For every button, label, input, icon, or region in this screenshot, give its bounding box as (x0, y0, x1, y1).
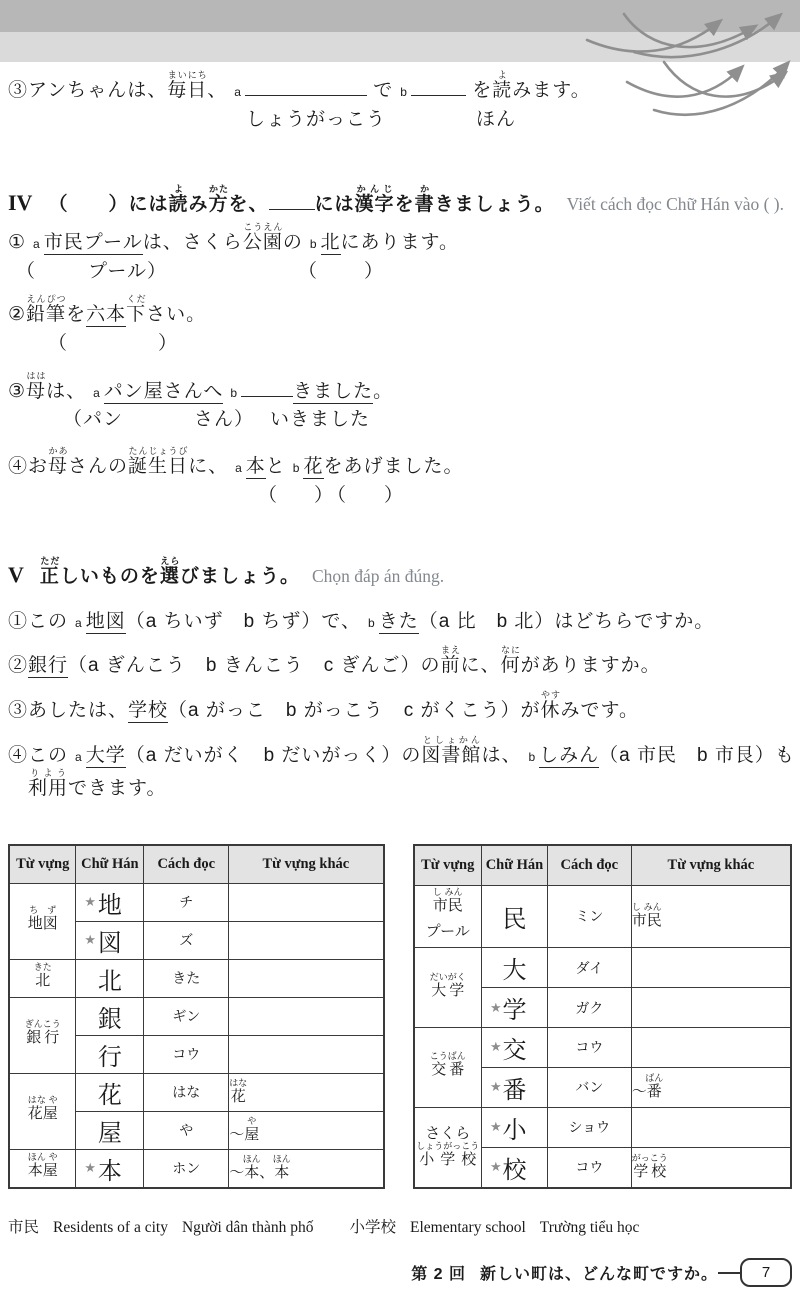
text-segment: に、 (188, 456, 228, 477)
kanji-glyph: 銀 (98, 1006, 122, 1033)
vocab-tables: Từ vựngChữ HánCách đọcTừ vựng khác地図ち ず★… (8, 844, 792, 1189)
text-segment: にあります。 (341, 232, 459, 253)
kanji-glyph: 北 (98, 968, 122, 995)
kanji-glyph: 屋 (98, 1120, 122, 1147)
table-header-row: Từ vựngChữ HánCách đọcTừ vựng khác (414, 845, 792, 885)
star-icon: ★ (490, 1079, 502, 1095)
kanji-cell: ★校 (481, 1147, 547, 1188)
reading-cell: ギン (144, 997, 229, 1035)
star-icon: ★ (84, 932, 96, 948)
ruby-text: 公園こうえん (243, 232, 283, 253)
worksheet-content: ③アンちゃんは、毎日まいにち、a でb を読よみます。 しょうがっこうほん IV… (0, 62, 800, 802)
column-header: Chữ Hán (76, 845, 144, 884)
text-segment: を (466, 80, 492, 101)
column-header: Từ vựng (9, 845, 76, 884)
text-segment: さい。 (146, 304, 206, 325)
reading-cell: や (144, 1111, 229, 1149)
text-segment: で (367, 80, 393, 101)
column-header: Cách đọc (547, 845, 631, 885)
column-header: Từ vựng khác (229, 845, 384, 884)
text-segment: b (310, 237, 317, 251)
section-4-question-3: ③母ははは、aパン屋さんへbきました。 (8, 363, 792, 405)
text-segment: さん） (194, 404, 254, 431)
ruby-text: 花屋はな や (28, 1105, 58, 1122)
table-row: 銀行ぎんこう銀ギン (9, 997, 384, 1035)
table-header-row: Từ vựngChữ HánCách đọcTừ vựng khác (9, 845, 384, 884)
text-segment: ～ (229, 1126, 244, 1143)
text-segment: ～ (229, 1164, 244, 1181)
text-segment: ② (8, 655, 28, 676)
vocab-word-cell: 交番こうばん (414, 1028, 482, 1108)
kanji-cell: ★本 (76, 1149, 144, 1188)
ruby-text: 母はは (26, 381, 46, 402)
star-icon: ★ (490, 1159, 502, 1175)
text-segment: をあげました。 (324, 456, 464, 477)
ruby-text: 正ただ (40, 566, 60, 587)
ruby-text: 本ほん (274, 1164, 291, 1181)
kanji-glyph: 校 (502, 1157, 526, 1184)
section-4-question-1-parens: （プール）（） (8, 256, 792, 283)
other-vocab-cell (631, 1107, 791, 1147)
ruby-text: 休やす (541, 700, 561, 721)
text-segment: b (230, 386, 237, 400)
text-segment: できます。 (68, 778, 166, 799)
star-icon: ★ (490, 1119, 502, 1135)
text-segment: プール） (88, 256, 167, 283)
text-segment: b (400, 85, 407, 99)
text-segment: （a 市民 b 市艮）も (599, 745, 795, 766)
kanji-glyph: 図 (98, 930, 122, 957)
vocab-word-cell: 花屋はな や (9, 1073, 76, 1149)
text-segment: を (66, 304, 86, 325)
text-segment: を (395, 194, 415, 215)
text-segment: Residents of a city (53, 1219, 168, 1236)
ruby-text: 本ほん (244, 1164, 259, 1181)
text-segment: b (293, 461, 300, 475)
ruby-text: 花はな (229, 1088, 247, 1105)
ruby-text: 鉛筆えんぴつ (26, 304, 66, 325)
vocab-word-cell: 地図ち ず (9, 883, 76, 959)
text-segment: 市民 (8, 1219, 39, 1236)
reading-cell: ミン (547, 885, 631, 948)
section-4-question-3-parens: （パンさん）いきました (8, 404, 792, 431)
text-segment: 地図 (86, 611, 126, 634)
kanji-cell: ★図 (76, 921, 144, 959)
text-segment: みです。 (561, 700, 639, 721)
text-segment: 本 (246, 456, 266, 479)
text-segment: は、さくら (143, 232, 243, 253)
kanji-glyph: 学 (502, 997, 526, 1024)
ruby-text: 小学校しょうがっこう (416, 1151, 479, 1168)
kanji-cell: 銀 (76, 997, 144, 1035)
table-row: 北きた北きた (9, 959, 384, 997)
section-4-question-1: ①a市民プールは、さくら公園こうえんのb北にあります。 (8, 217, 792, 256)
page-header-banner (0, 0, 800, 62)
other-vocab-cell (229, 959, 384, 997)
text-segment: がありますか。 (521, 655, 661, 676)
lesson-number: 第 2 回 (411, 1261, 466, 1284)
other-vocab-cell (631, 1028, 791, 1068)
other-vocab-cell: 市民し みん (631, 885, 791, 948)
text-segment: しみん (539, 745, 599, 768)
column-header: Chữ Hán (481, 845, 547, 885)
star-icon: ★ (84, 1160, 96, 1176)
text-segment: 銀行 (28, 655, 68, 678)
text-segment: ） (384, 480, 404, 507)
kanji-glyph: 番 (502, 1077, 526, 1104)
ruby-text: 方かた (209, 194, 229, 215)
footer-vocabulary-note: 市民Residents of a cityNgười dân thành phố… (8, 1215, 800, 1237)
text-segment: 北 (321, 232, 341, 255)
section-5-question-4-line-1: ④このa大学（a だいがく b だいがっく）の図書館としょかんは、bしみん（a … (8, 730, 792, 769)
other-vocab-cell: ～屋や (229, 1111, 384, 1149)
answer-blank (411, 75, 466, 96)
other-vocab-cell (229, 921, 384, 959)
vocab-word-cell: 市民し みんプール (414, 885, 482, 948)
text-segment: しいものを (60, 566, 160, 587)
text-segment: の (283, 232, 303, 253)
text-segment: （a ぎんこう b きんこう c ぎんご）の (68, 655, 440, 676)
reading-cell: バン (547, 1067, 631, 1107)
ruby-text: 選えら (160, 566, 180, 587)
section-4-header: IV（ ）には読よみ方かたを、には漢字かんじを書かきましょう。Viết cách… (8, 175, 792, 218)
text-segment: 学校 (128, 700, 168, 723)
table-row: さくら小学校しょうがっこう★小ショウ (414, 1107, 792, 1147)
text-segment: （ (48, 328, 68, 355)
ruby-text: 読よ (492, 80, 512, 101)
text-segment: V (8, 562, 24, 587)
ruby-text: 番ばん (647, 1083, 664, 1100)
other-vocab-cell (229, 1035, 384, 1073)
answer-blank (269, 189, 315, 210)
ruby-text: 下くだ (126, 304, 146, 325)
ruby-text: 大学だいがく (430, 982, 466, 999)
kanji-cell: 花 (76, 1073, 144, 1111)
text-segment: ③ (8, 381, 26, 402)
text-segment: （a 比 b 北）はどちらですか。 (419, 611, 715, 632)
text-segment: Người dân thành phố (182, 1219, 314, 1236)
section-4-question-2-parens: （） (8, 328, 792, 355)
other-vocab-cell (229, 883, 384, 921)
text-segment: 小学校 (350, 1219, 397, 1236)
kanji-cell: ★番 (481, 1067, 547, 1107)
column-header: Cách đọc (144, 845, 229, 884)
text-segment: 市民プール (44, 232, 143, 255)
text-segment: ③あしたは、 (8, 700, 128, 721)
star-icon: ★ (84, 894, 96, 910)
kanji-glyph: 民 (502, 906, 526, 933)
text-segment: （a だいがく b だいがっく）の (126, 745, 422, 766)
other-vocab-cell (229, 997, 384, 1035)
kanji-cell: ★小 (481, 1107, 547, 1147)
text-segment: a (75, 616, 82, 630)
text-segment: （a ちいず b ちず）で、 (126, 611, 361, 632)
kanji-glyph: 交 (502, 1037, 526, 1064)
text-segment: （ (258, 480, 278, 507)
kanji-cell: 行 (76, 1035, 144, 1073)
text-segment: Elementary school (410, 1219, 526, 1236)
reading-cell: コウ (547, 1028, 631, 1068)
text-segment: （ (16, 256, 36, 283)
ruby-text: 前まえ (441, 655, 461, 676)
kanji-cell: 屋 (76, 1111, 144, 1149)
text-segment: 、 (259, 1164, 274, 1181)
kanji-cell: ★学 (481, 988, 547, 1028)
ruby-text: 本屋ほん や (28, 1162, 58, 1179)
text-segment: a (33, 237, 40, 251)
reading-cell: コウ (547, 1147, 631, 1188)
text-segment: ① (8, 232, 26, 253)
text-segment: Trường tiểu học (540, 1219, 640, 1236)
text-segment: しょうがっこう (246, 104, 386, 131)
reading-cell: はな (144, 1073, 229, 1111)
text-segment: ） (158, 328, 178, 355)
reading-cell: ズ (144, 921, 229, 959)
section-5-question-3: ③あしたは、学校（a がっこ b がっこう c がくこう）が休やすみです。 (8, 685, 792, 724)
reading-cell: ガク (547, 988, 631, 1028)
text-segment: ④お (8, 456, 48, 477)
kanji-glyph: 本 (98, 1158, 122, 1185)
star-icon: ★ (490, 1000, 502, 1016)
kanji-cell: 大 (481, 948, 547, 988)
vocab-table-left: Từ vựngChữ HánCách đọcTừ vựng khác地図ち ず★… (8, 844, 385, 1189)
text-segment: 、 (207, 80, 227, 101)
ruby-text: 読よ (168, 194, 188, 215)
kanji-cell: 北 (76, 959, 144, 997)
ruby-text: 市民し みん (632, 912, 662, 929)
text-segment: ③アンちゃんは、 (8, 80, 167, 101)
star-icon: ★ (490, 1039, 502, 1055)
text-segment: きました (293, 381, 373, 404)
ruby-text: 母かあ (48, 456, 68, 477)
table-row: 市民し みんプール民ミン市民し みん (414, 885, 792, 948)
text-segment: b (368, 616, 375, 630)
footer-connector-line (718, 1272, 740, 1274)
ruby-text: 何なに (501, 655, 521, 676)
ruby-text: 毎日まいにち (167, 80, 207, 101)
text-segment: ） (364, 256, 384, 283)
vocab-word-cell: 銀行ぎんこう (9, 997, 76, 1073)
vocab-word-cell: 大学だいがく (414, 948, 482, 1028)
text-segment: パン屋さんへ (104, 381, 224, 404)
column-header: Từ vựng (414, 845, 482, 885)
ruby-text: 書か (415, 194, 435, 215)
ruby-text: 銀行ぎんこう (25, 1029, 61, 1046)
text-segment: ほん (476, 104, 516, 131)
section-4-question-2: ②鉛筆えんぴつを六本下ください。 (8, 289, 792, 328)
ruby-text: 交番こうばん (430, 1061, 466, 1078)
reading-cell: ホン (144, 1149, 229, 1188)
text-segment: 花 (303, 456, 323, 479)
reading-cell: ダイ (547, 948, 631, 988)
text-segment: に、 (461, 655, 501, 676)
ruby-text: 市民し みん (433, 897, 463, 914)
other-vocab-cell: ～番ばん (631, 1067, 791, 1107)
text-segment: （パン (63, 404, 123, 431)
table-row: 花屋はな や花はな花はな (9, 1073, 384, 1111)
text-segment: さくら (425, 1125, 470, 1142)
text-segment: プール (426, 923, 470, 940)
text-segment: さんの (68, 456, 128, 477)
ruby-text: 北きた (34, 972, 52, 989)
column-header: Từ vựng khác (631, 845, 791, 885)
text-segment: きましょう。 (435, 194, 555, 215)
text-segment: には (315, 194, 355, 215)
reading-cell: ショウ (547, 1107, 631, 1147)
ruby-text: 図書館としょかん (421, 745, 481, 766)
kanji-glyph: 花 (98, 1082, 122, 1109)
section-5-question-4-line-2: 利用りようできます。 (8, 768, 792, 802)
text-segment: びましょう。 (180, 566, 300, 587)
kanji-glyph: 行 (98, 1044, 122, 1071)
text-segment: a (235, 461, 242, 475)
page-footer: 第 2 回 新しい町は、どんな町ですか。 7 (411, 1258, 792, 1287)
table-row: 地図ち ず★地チ (9, 883, 384, 921)
table-row: 交番こうばん★交コウ (414, 1028, 792, 1068)
reading-cell: きた (144, 959, 229, 997)
section-5-header: V正ただしいものを選えらびましょう。Chọn đáp án đúng. (8, 547, 792, 590)
kanji-glyph: 大 (502, 957, 526, 984)
answer-blank (245, 75, 367, 96)
text-segment: b (528, 750, 535, 764)
kanji-glyph: 地 (98, 892, 122, 919)
text-segment: a (234, 85, 241, 99)
section-4-question-4: ④お母かあさんの誕生日たんじょうびに、a本とb花をあげました。 (8, 441, 792, 480)
table-row: 大学だいがく大ダイ (414, 948, 792, 988)
reading-cell: コウ (144, 1035, 229, 1073)
ruby-text: 学校がっこう (632, 1163, 668, 1180)
ruby-text: 誕生日たんじょうび (128, 456, 188, 477)
text-segment: （a がっこ b がっこう c がくこう）が (168, 700, 540, 721)
other-vocab-cell: 学校がっこう (631, 1147, 791, 1188)
kanji-cell: 民 (481, 885, 547, 948)
text-segment: ①この (8, 611, 68, 632)
vocab-word-cell: さくら小学校しょうがっこう (414, 1107, 482, 1187)
text-segment: IV (8, 190, 32, 215)
text-segment: 大学 (86, 745, 126, 768)
text-segment: （ (327, 480, 347, 507)
other-vocab-cell (631, 988, 791, 1028)
text-segment: は、 (481, 745, 521, 766)
text-segment: み (188, 194, 208, 215)
ruby-text: 漢字かんじ (355, 194, 395, 215)
kanji-cell: ★交 (481, 1028, 547, 1068)
text-segment: いきました (270, 404, 370, 431)
section-5-question-2: ②銀行（a ぎんこう b きんこう c ぎんご）の前まえに、何なにがありますか。 (8, 640, 792, 679)
section-5-question-1: ①このa地図（a ちいず b ちず）で、bきた（a 比 b 北）はどちらですか。 (8, 596, 792, 635)
ruby-text: 利用りよう (28, 778, 68, 799)
text-segment: 。 (373, 381, 393, 402)
text-segment: ④この (8, 745, 68, 766)
worksheet-page: ③アンちゃんは、毎日まいにち、a でb を読よみます。 しょうがっこうほん IV… (0, 0, 800, 1237)
reading-cell: チ (144, 883, 229, 921)
ruby-text: 地図ち ず (28, 915, 58, 932)
text-segment: （ (298, 256, 318, 283)
ruby-text: 屋や (244, 1126, 259, 1143)
question-3-answer-readings: しょうがっこうほん (8, 104, 792, 131)
answer-blank (241, 376, 293, 397)
lesson-title: 新しい町は、どんな町ですか。 (480, 1261, 718, 1284)
page-number-badge: 7 (740, 1258, 792, 1287)
other-vocab-cell: ～本ほん、本ほん (229, 1149, 384, 1188)
table-row: 本屋ほん や★本ホン～本ほん、本ほん (9, 1149, 384, 1188)
vocab-word-cell: 北きた (9, 959, 76, 997)
other-vocab-cell: 花はな (229, 1073, 384, 1111)
section-4-question-4-parens: （）（） (8, 480, 792, 507)
text-segment: と (266, 456, 286, 477)
vocab-word-cell: 本屋ほん や (9, 1149, 76, 1188)
text-segment: を、 (229, 194, 269, 215)
text-segment: a (75, 750, 82, 764)
text-segment: は、 (46, 381, 86, 402)
text-segment: 六本 (86, 304, 126, 327)
text-segment: Chọn đáp án đúng. (312, 566, 444, 586)
kanji-glyph: 小 (502, 1117, 526, 1144)
vocab-table-right: Từ vựngChữ HánCách đọcTừ vựng khác市民し みん… (413, 844, 793, 1189)
text-segment: Viết cách đọc Chữ Hán vào ( ). (567, 194, 784, 214)
kanji-cell: ★地 (76, 883, 144, 921)
text-segment: ② (8, 304, 26, 325)
text-segment: a (93, 386, 100, 400)
text-segment: （ ）には (48, 194, 168, 215)
text-segment: きた (379, 611, 419, 634)
other-vocab-cell (631, 948, 791, 988)
